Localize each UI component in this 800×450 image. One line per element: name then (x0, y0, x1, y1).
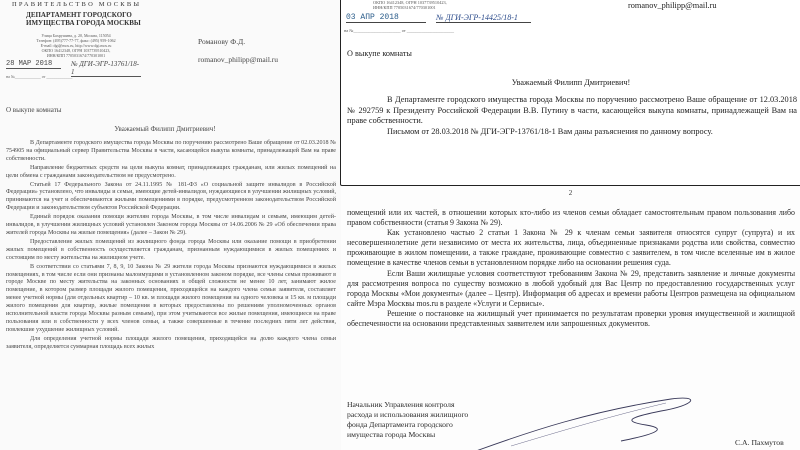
registration-line: 28 МАР 2018 № ДГИ-ЭГР-13761/18-1 (6, 60, 336, 72)
paragraph: Направление бюджетных средств на цели вы… (6, 165, 336, 181)
right-letter-page-2: 2 помещений или их частей, в отношении к… (341, 186, 800, 450)
reference-line: на №_____________ от _____________ (6, 74, 336, 79)
registration-date-stamp: 03 АПР 2018 (346, 13, 426, 23)
registration-number: № ДГИ-ЭГР-14425/18-1 (436, 13, 531, 23)
department-name: ДЕПАРТАМЕНТ ГОРОДСКОГО ИМУЩЕСТВА ГОРОДА … (26, 11, 336, 27)
letter-body: В Департаменте городского имущества горо… (347, 95, 797, 137)
paragraph: Решение о постановке на жилищный учет пр… (347, 309, 795, 329)
paragraph: помещений или их частей, в отношении кот… (347, 208, 795, 228)
letter-body: помещений или их частей, в отношении кот… (347, 208, 795, 329)
reference-line: на №______________________ от __________… (344, 28, 800, 33)
letter-subject: О выкупе комнаты (347, 49, 412, 58)
registration-number: № ДГИ-ЭГР-13761/18-1 (71, 60, 141, 77)
left-letter: ПРАВИТЕЛЬСТВО МОСКВЫ ДЕПАРТАМЕНТ ГОРОДСК… (0, 0, 345, 450)
registration-line: 03 АПР 2018 № ДГИ-ЭГР-14425/18-1 (341, 13, 800, 25)
letter-greeting: Уважаемый Филипп Дмитриевич! (341, 78, 800, 87)
recipient-name: Романову Ф.Д. (198, 33, 278, 51)
recipient-block: Романову Ф.Д. romanov_philipp@mail.ru (198, 33, 278, 69)
paragraph: В Департаменте городского имущества горо… (347, 95, 797, 127)
left-letter-header: ПРАВИТЕЛЬСТВО МОСКВЫ ДЕПАРТАМЕНТ ГОРОДСК… (6, 0, 336, 79)
department-address: Улица Бахрушина, д. 20, Москва, 115054 Т… (11, 33, 141, 58)
paragraph: Для определения учетной нормы площади жи… (6, 336, 336, 352)
letter-subject: О выкупе комнаты (6, 106, 62, 114)
paragraph: Как установлено частью 2 статьи 1 Закона… (347, 228, 795, 268)
paragraph: Если Ваши жилищные условия соответствуют… (347, 269, 795, 309)
letter-body: В Департаменте городского имущества горо… (6, 140, 336, 353)
registration-date-stamp: 28 МАР 2018 (6, 60, 61, 69)
page-number: 2 (341, 189, 800, 197)
paragraph: В соответствии со статьями 7, 8, 9, 10 З… (6, 264, 336, 335)
signer-name: С.А. Пахмутов (735, 438, 784, 447)
signer-title: Начальник Управления контроля расхода и … (347, 400, 468, 440)
paragraph: Единый порядок оказания помощи жителям г… (6, 214, 336, 238)
paragraph: Письмом от 28.03.2018 № ДГИ-ЭГР-13761/18… (347, 127, 797, 138)
paragraph: Статьей 17 Федерального Закона от 24.11.… (6, 182, 336, 214)
department-requisites: ОКПО 16412348, ОГРН 1037739510423, ИНН/К… (373, 0, 800, 10)
handwritten-signature-icon (471, 391, 701, 450)
recipient-email: romanov_philipp@mail.ru (198, 51, 278, 69)
letter-greeting: Уважаемый Филипп Дмитриевич! (0, 125, 330, 133)
right-letter-page-1: ОКПО 16412348, ОГРН 1037739510423, ИНН/К… (340, 0, 800, 186)
government-header: ПРАВИТЕЛЬСТВО МОСКВЫ (12, 1, 336, 8)
paragraph: Предоставление жилых помещений из жилищн… (6, 239, 336, 263)
recipient-email: romanov_philipp@mail.ru (628, 1, 717, 10)
paragraph: В Департаменте городского имущества горо… (6, 140, 336, 164)
